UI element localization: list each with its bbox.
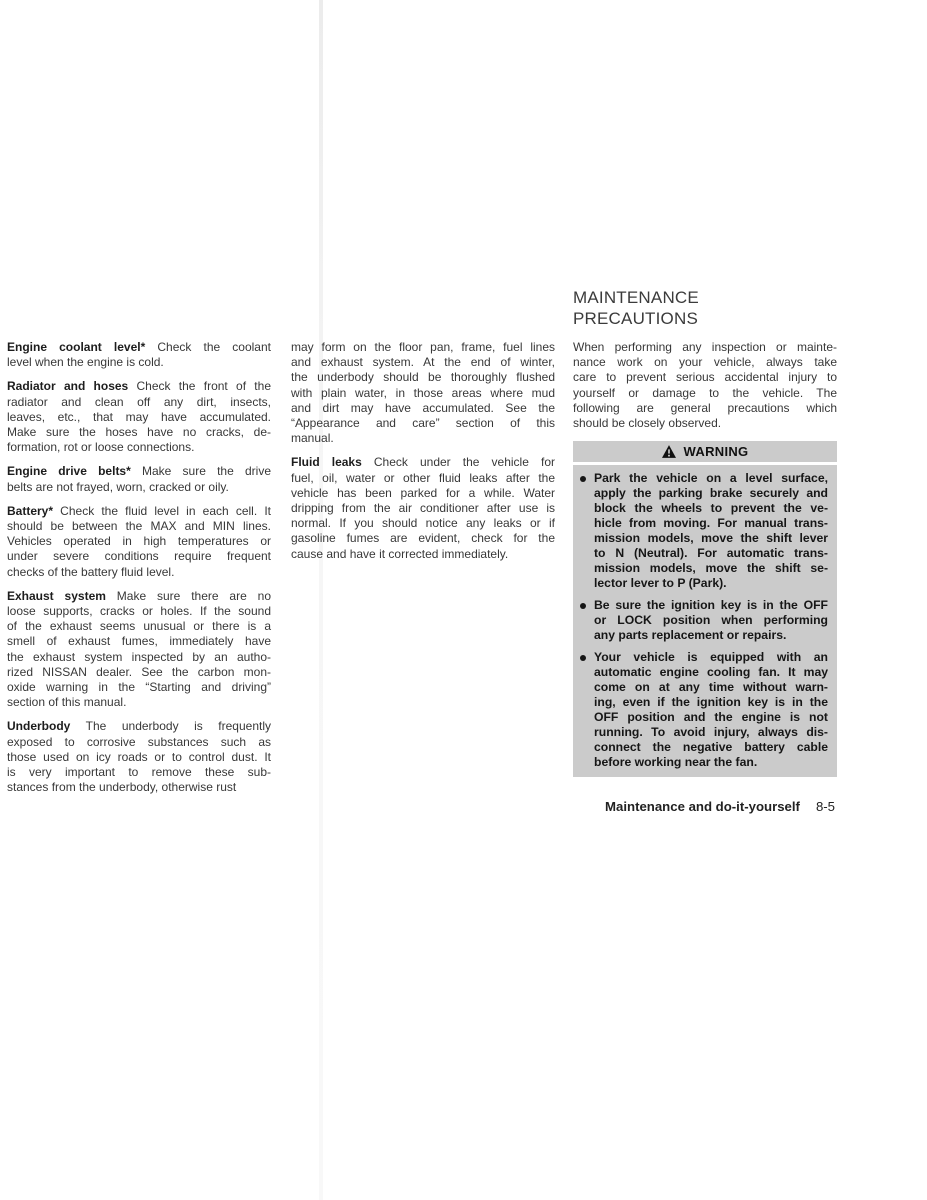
text-line: section of this manual. (7, 695, 271, 710)
warning-text-line: to N (Neutral). For automatic trans- (594, 546, 828, 561)
manual-page: Engine coolant level* Check the coolantl… (0, 0, 927, 1200)
warning-text-line: Your vehicle is equipped with an (594, 650, 828, 665)
text-line: gasoline fumes are evident, check for th… (291, 531, 555, 546)
text-line: care to prevent serious accidental injur… (573, 370, 837, 385)
paragraph: Engine drive belts* Make sure the driveb… (7, 464, 271, 494)
warning-text-line: automatic engine cooling fan. It may (594, 665, 828, 680)
paragraph: Battery* Check the fluid level in each c… (7, 504, 271, 580)
column-right-paragraphs: When performing any inspection or mainte… (573, 340, 837, 431)
paragraph: Engine coolant level* Check the coolantl… (7, 340, 271, 370)
text-line: vehicle has been parked for a while. Wat… (291, 486, 555, 501)
text-line: smell of exhaust fumes, immediately have (7, 634, 271, 649)
paragraph: Exhaust system Make sure there are noloo… (7, 589, 271, 711)
warning-text-line: running. To avoid injury, always dis- (594, 725, 828, 740)
run-in-heading: Radiator and hoses (7, 379, 128, 393)
text-line: cause and have it corrected immediately. (291, 547, 555, 562)
text-line: When performing any inspection or mainte… (573, 340, 837, 355)
text-line: level when the engine is cold. (7, 355, 271, 370)
warning-body: Park the vehicle on a level surface,appl… (573, 465, 837, 777)
paragraph: may form on the floor pan, frame, fuel l… (291, 340, 555, 446)
text-line: Vehicles operated in high temperatures o… (7, 534, 271, 549)
warning-text-line: lector lever to P (Park). (594, 576, 828, 591)
warning-text-line: Park the vehicle on a level surface, (594, 471, 828, 486)
text-line: Exhaust system Make sure there are no (7, 589, 271, 604)
section-heading-line: MAINTENANCE (573, 287, 837, 308)
paragraph: Fluid leaks Check under the vehicle forf… (291, 455, 555, 561)
warning-text-line: mission models, move the shift lever (594, 531, 828, 546)
text-line: and exhaust system. At the end of winter… (291, 355, 555, 370)
text-line: is very important to remove these sub- (7, 765, 271, 780)
warning-text-line: OFF position and the engine is not (594, 710, 828, 725)
section-heading-line: PRECAUTIONS (573, 308, 837, 329)
warning-text-line: ing, even if the ignition key is in the (594, 695, 828, 710)
text-line: rized NISSAN dealer. See the carbon mon- (7, 665, 271, 680)
footer-page-number: 8-5 (816, 799, 835, 814)
text-line: nance work on your vehicle, always take (573, 355, 837, 370)
run-in-heading: Fluid leaks (291, 455, 362, 469)
warning-text-line: connect the negative battery cable (594, 740, 828, 755)
column-middle: may form on the floor pan, frame, fuel l… (291, 340, 555, 571)
warning-text-line: block the wheels to prevent the ve- (594, 501, 828, 516)
scan-artifact-line (319, 0, 323, 1200)
text-line: dripping from the air conditioner after … (291, 501, 555, 516)
footer-section-title: Maintenance and do-it-yourself (605, 799, 800, 814)
text-line: normal. If you should notice any leaks o… (291, 516, 555, 531)
warning-box: WARNING Park the vehicle on a level surf… (573, 441, 837, 777)
warning-text-line: hicle from moving. For manual trans- (594, 516, 828, 531)
bullet-icon (580, 655, 586, 661)
warning-bullet-item: Your vehicle is equipped with anautomati… (577, 650, 828, 770)
text-line: of the exhaust seems unusual or there is… (7, 619, 271, 634)
warning-text-line: apply the parking brake securely and (594, 486, 828, 501)
text-line: and dirt may have accumulated. See the (291, 401, 555, 416)
text-line: Engine coolant level* Check the coolant (7, 340, 271, 355)
warning-bullet-item: Be sure the ignition key is in the OFFor… (577, 598, 828, 643)
text-line: leaves, etc., that may have accumulated. (7, 410, 271, 425)
text-line: those used on icy roads or to control du… (7, 750, 271, 765)
text-line: the underbody should be thoroughly flush… (291, 370, 555, 385)
run-in-heading: Battery* (7, 504, 53, 518)
text-line: should be closely observed. (573, 416, 837, 431)
run-in-heading: Underbody (7, 719, 70, 733)
text-line: yourself or damage to the vehicle. The (573, 386, 837, 401)
warning-header: WARNING (573, 441, 837, 462)
text-line: Battery* Check the fluid level in each c… (7, 504, 271, 519)
warning-triangle-icon (662, 445, 676, 458)
warning-text-line: before working near the fan. (594, 755, 828, 770)
text-line: radiator and clean off any dirt, insects… (7, 395, 271, 410)
text-line: exposed to corrosive substances such as (7, 735, 271, 750)
text-line: with plain water, in those areas where m… (291, 386, 555, 401)
bullet-icon (580, 476, 586, 482)
column-right: MAINTENANCE PRECAUTIONS When performing … (573, 287, 837, 777)
text-line: should be between the MAX and MIN lines. (7, 519, 271, 534)
column-left: Engine coolant level* Check the coolantl… (7, 340, 271, 804)
warning-text-line: mission models, move the shift se- (594, 561, 828, 576)
paragraph: Radiator and hoses Check the front of th… (7, 379, 271, 455)
text-line: manual. (291, 431, 555, 446)
text-line: oxide warning in the “Starting and drivi… (7, 680, 271, 695)
paragraph: When performing any inspection or mainte… (573, 340, 837, 431)
text-line: under severe conditions require frequent (7, 549, 271, 564)
text-line: following are general precautions which (573, 401, 837, 416)
run-in-heading: Exhaust system (7, 589, 106, 603)
text-line: belts are not frayed, worn, cracked or o… (7, 480, 271, 495)
text-line: loose supports, cracks or holes. If the … (7, 604, 271, 619)
run-in-heading: Engine drive belts* (7, 464, 131, 478)
text-line: Make sure the hoses have no cracks, de- (7, 425, 271, 440)
warning-bullet-item: Park the vehicle on a level surface,appl… (577, 471, 828, 591)
text-line: Fluid leaks Check under the vehicle for (291, 455, 555, 470)
warning-text-line: Be sure the ignition key is in the OFF (594, 598, 828, 613)
warning-text-line: or LOCK position when performing (594, 613, 828, 628)
warning-text-line: any parts replacement or repairs. (594, 628, 828, 643)
text-line: Engine drive belts* Make sure the drive (7, 464, 271, 479)
text-line: stances from the underbody, otherwise ru… (7, 780, 271, 795)
text-line: Underbody The underbody is frequently (7, 719, 271, 734)
text-line: the exhaust system inspected by an autho… (7, 650, 271, 665)
paragraph: Underbody The underbody is frequentlyexp… (7, 719, 271, 795)
text-line: formation, rot or loose connections. (7, 440, 271, 455)
text-line: fuel, oil, water or other fluid leaks af… (291, 471, 555, 486)
page-footer: Maintenance and do-it-yourself 8-5 (605, 799, 835, 814)
text-line: Radiator and hoses Check the front of th… (7, 379, 271, 394)
warning-label: WARNING (684, 444, 749, 459)
text-line: may form on the floor pan, frame, fuel l… (291, 340, 555, 355)
text-line: checks of the battery fluid level. (7, 565, 271, 580)
run-in-heading: Engine coolant level* (7, 340, 145, 354)
text-line: “Appearance and care” section of this (291, 416, 555, 431)
section-heading: MAINTENANCE PRECAUTIONS (573, 287, 837, 329)
bullet-icon (580, 603, 586, 609)
warning-text-line: come on at any time without warn- (594, 680, 828, 695)
